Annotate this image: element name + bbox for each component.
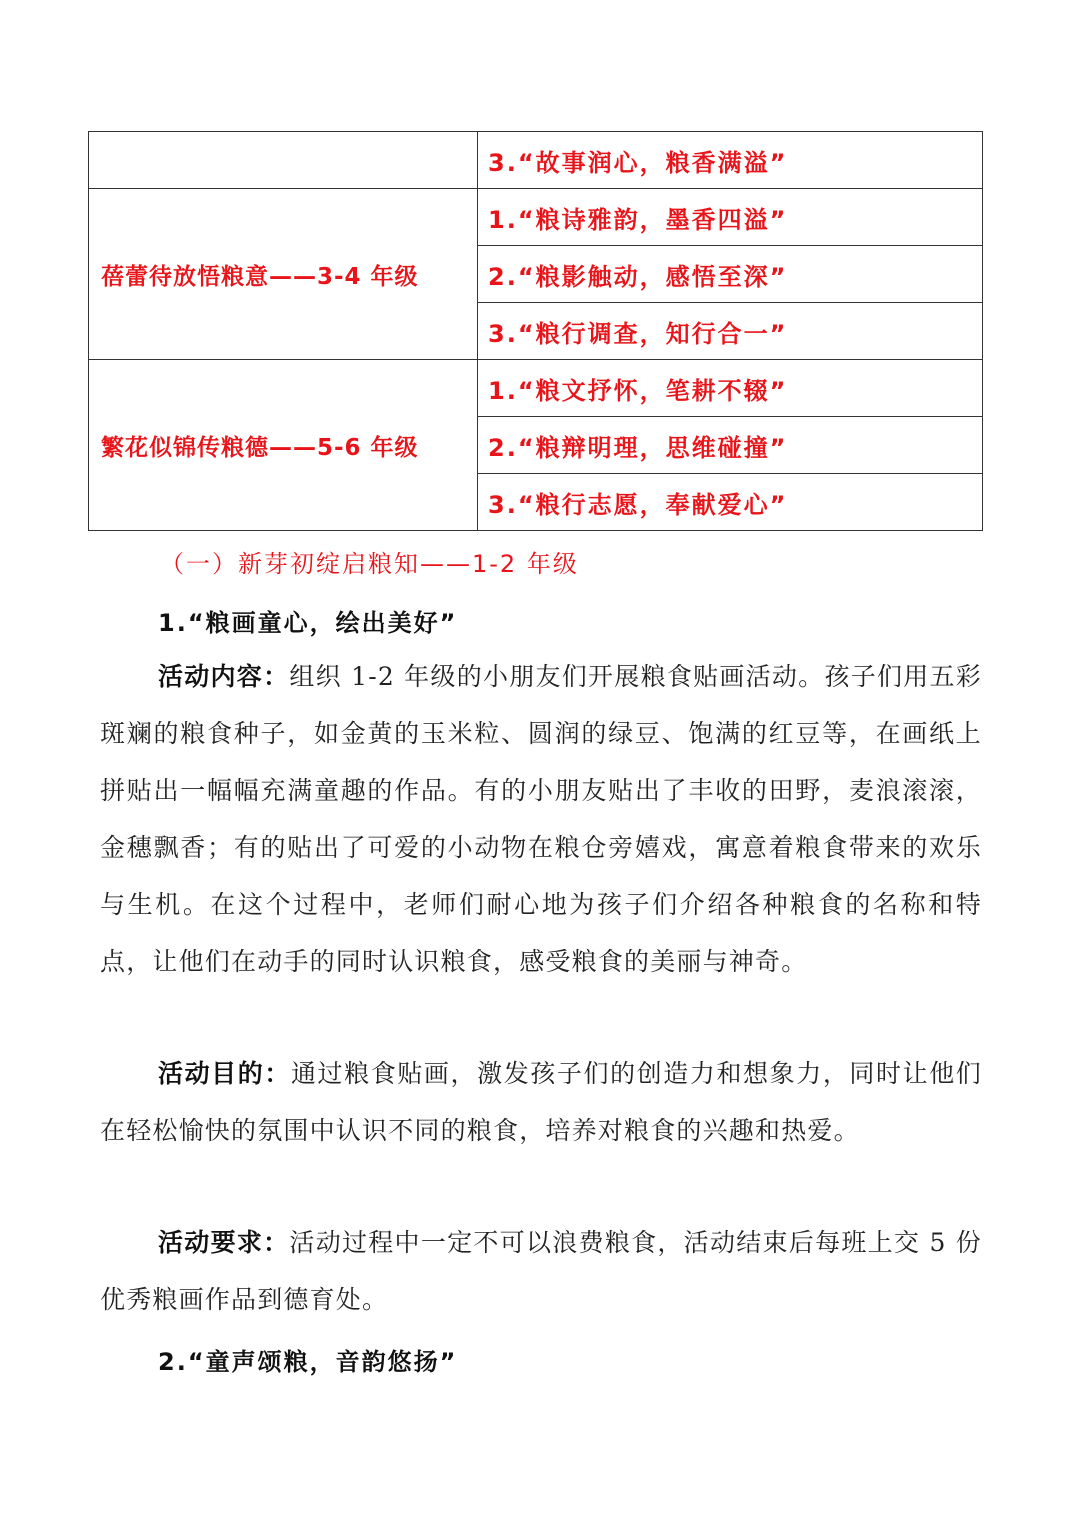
activity-cell: 3.“粮行调查，知行合一”	[478, 303, 983, 360]
activity-plan-table: 3.“故事润心，粮香满溢” 蓓蕾待放悟粮意——3-4 年级 1.“粮诗雅韵，墨香…	[88, 131, 983, 531]
section-heading: （一）新芽初绽启粮知——1-2 年级	[160, 544, 579, 579]
activity-cell: 2.“粮影触动，感悟至深”	[478, 246, 983, 303]
activity-cell: 1.“粮诗雅韵，墨香四溢”	[478, 189, 983, 246]
activity-cell: 3.“粮行志愿，奉献爱心”	[478, 474, 983, 531]
table-row: 蓓蕾待放悟粮意——3-4 年级 1.“粮诗雅韵，墨香四溢”	[89, 189, 983, 246]
content-label: 活动内容：	[158, 662, 289, 691]
activity-cell: 1.“粮文抒怀，笔耕不辍”	[478, 360, 983, 417]
stage-cell	[89, 132, 478, 189]
document-page: 3.“故事润心，粮香满溢” 蓓蕾待放悟粮意——3-4 年级 1.“粮诗雅韵，墨香…	[0, 0, 1080, 1527]
purpose-label: 活动目的：	[158, 1059, 291, 1088]
activity-title-2: 2.“童声颂粮，音韵悠扬”	[158, 1342, 457, 1377]
stage-cell-3-4: 蓓蕾待放悟粮意——3-4 年级	[89, 189, 478, 360]
stage-cell-5-6: 繁花似锦传粮德——5-6 年级	[89, 360, 478, 531]
table-row: 繁花似锦传粮德——5-6 年级 1.“粮文抒怀，笔耕不辍”	[89, 360, 983, 417]
activity-content-paragraph: 活动内容：组织 1-2 年级的小朋友们开展粮食贴画活动。孩子们用五彩斑斓的粮食种…	[100, 648, 982, 990]
content-text: 组织 1-2 年级的小朋友们开展粮食贴画活动。孩子们用五彩斑斓的粮食种子，如金黄…	[100, 662, 982, 976]
table-row: 3.“故事润心，粮香满溢”	[89, 132, 983, 189]
activity-title-1: 1.“粮画童心，绘出美好”	[158, 603, 457, 638]
requirement-label: 活动要求：	[158, 1228, 289, 1257]
activity-requirement-paragraph: 活动要求：活动过程中一定不可以浪费粮食，活动结束后每班上交 5 份优秀粮画作品到…	[100, 1214, 982, 1328]
activity-purpose-paragraph: 活动目的：通过粮食贴画，激发孩子们的创造力和想象力，同时让他们在轻松愉快的氛围中…	[100, 1045, 982, 1159]
activity-cell: 3.“故事润心，粮香满溢”	[478, 132, 983, 189]
activity-cell: 2.“粮辩明理，思维碰撞”	[478, 417, 983, 474]
